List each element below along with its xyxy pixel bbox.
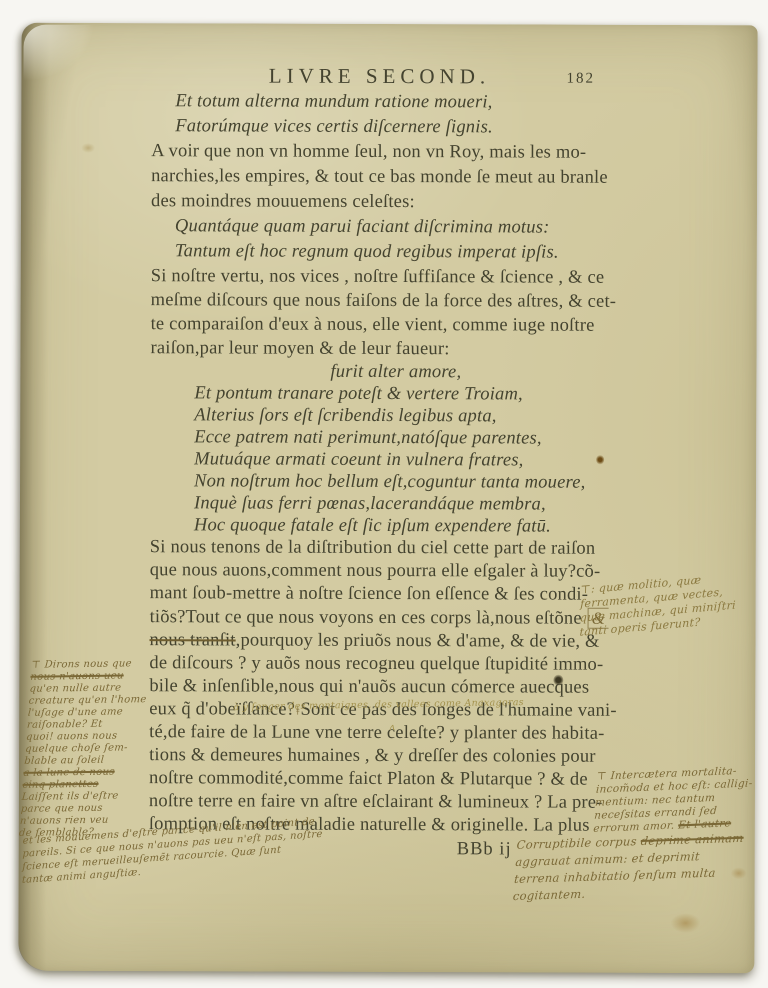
text-line: A voir que non vn homme ſeul, non vn Roy…: [151, 139, 667, 166]
paragraph-1: A voir que non vn homme ſeul, non vn Roy…: [151, 139, 667, 216]
paragraph-3b: de diſcours ? y auõs nous recogneu quelq…: [149, 652, 665, 700]
verse-lines: Et pontum tranare poteſt & vertere Troia…: [150, 382, 667, 538]
handwritten-run: Corruptibile corpus: [516, 834, 641, 852]
verse-line: Non noſtrum hoc bellum eſt,coguntur tant…: [174, 470, 666, 494]
text-line: des moindres mouuemens celeſtes:: [151, 189, 667, 216]
handwritten-lines: ⊤ Intercætera mortalita-incom̃oda et hoc…: [594, 763, 768, 823]
text-line: Si noſtre vertu, nos vices , noſtre ſuff…: [151, 264, 667, 290]
verse-line: Alterius ſors eſt ſcribendis legibus apt…: [174, 404, 666, 428]
text-line: narchies,les empires, & tout ce bas mond…: [151, 164, 667, 191]
foxing-stain: [81, 143, 95, 153]
verse-line: Fatorúmque vices certis diſcernere ſigni…: [151, 114, 667, 141]
foxing-stain: [670, 913, 700, 933]
text-run: ,pourquoy les priuõs nous & d'ame, & de …: [236, 630, 600, 651]
struck-handwritten-run: deprime animam: [640, 831, 744, 848]
ink-blot: [596, 455, 604, 465]
printed-text-column: LIVRE SECOND. 182 Et totum alterna mundu…: [149, 61, 668, 862]
verse-line: Ecce patrem nati perimunt,natóſque paren…: [174, 426, 666, 450]
marginalia-left-addition: ⊤ Dirons nous quenous n'auons ueuqu'en n…: [19, 658, 158, 840]
text-line: noſtre terre en faire vn aſtre eſclairan…: [149, 790, 665, 815]
verse-line: Quantáque quam parui faciant diſcrimina …: [151, 214, 667, 241]
page-number: 182: [566, 65, 595, 93]
page-corner-curl: [23, 25, 103, 89]
paragraph-2: Si noſtre vertu, nos vices , noſtre ſuff…: [150, 264, 666, 362]
running-header: LIVRE SECOND. 182: [151, 61, 667, 91]
text-line: te comparaiſon d'eux à nous, elle vient,…: [151, 312, 667, 338]
ink-blot: [553, 675, 563, 686]
verse-line: Tantum eſt hoc regnum quod regibus imper…: [151, 239, 667, 266]
text-line: meſme diſcours que nous faiſons de la fo…: [151, 288, 667, 314]
latin-verse-3: furit alter amore, Et pontum tranare pot…: [150, 360, 667, 538]
latin-verse-2: Quantáque quam parui faciant diſcrimina …: [151, 214, 667, 266]
verse-line: Et totum alterna mundum ratione moueri,: [151, 89, 667, 116]
verse-line: Et pontum tranare poteſt & vertere Troia…: [174, 382, 666, 406]
text-run: tiõs?Tout ce que nous voyons en ces corp…: [150, 607, 582, 629]
marginalia-bottom-latin-quote: Corruptibile corpus deprime animam aggra…: [512, 829, 768, 905]
verse-line: Inquè ſuas ferri pœnas,lacerandáque memb…: [174, 492, 666, 516]
photo-background: LIVRE SECOND. 182 Et totum alterna mundu…: [0, 0, 768, 988]
struck-handwritten-run: Et l'autre: [678, 817, 732, 831]
text-line: noſtre commodité,comme faict Platon & Pl…: [149, 767, 665, 792]
text-line: de diſcours ? y auõs nous recogneu quelq…: [149, 652, 665, 677]
handwritten-line: creature qu'en l'home: [28, 694, 155, 708]
book-page: LIVRE SECOND. 182 Et totum alterna mundu…: [18, 23, 757, 974]
text-line: tions & demeures humaines , & y dreſſer …: [149, 744, 665, 769]
marginalia-right-seneca-quote: ⊤ Intercætera mortalita-incom̃oda et hoc…: [593, 763, 768, 836]
verse-line: Hoc quoque fatale eſt ſic ipſum expender…: [174, 514, 666, 538]
text-line: té,de faire de la Lune vne terre celeſte…: [149, 721, 665, 746]
latin-verse-1: Et totum alterna mundum ratione moueri,F…: [151, 89, 667, 141]
text-line: que nous auons,comment nous pourra elle …: [150, 559, 666, 584]
handwritten-lines: aggrauat animum: et deprimitterrena inha…: [512, 846, 768, 905]
verse-line: Mutuáque armati coeunt in vulnera fratre…: [174, 448, 666, 472]
foxing-stain: [731, 867, 747, 879]
verse-line: furit alter amore,: [150, 360, 666, 384]
text-line: Si nous tenons de la diſtribution du cie…: [150, 536, 666, 561]
struck-text-run: nous tranſit: [149, 630, 235, 650]
text-line: raiſon,par leur moyen & de leur faueur:: [150, 336, 666, 362]
insertion-caret-mark: ʌ: [389, 722, 395, 733]
